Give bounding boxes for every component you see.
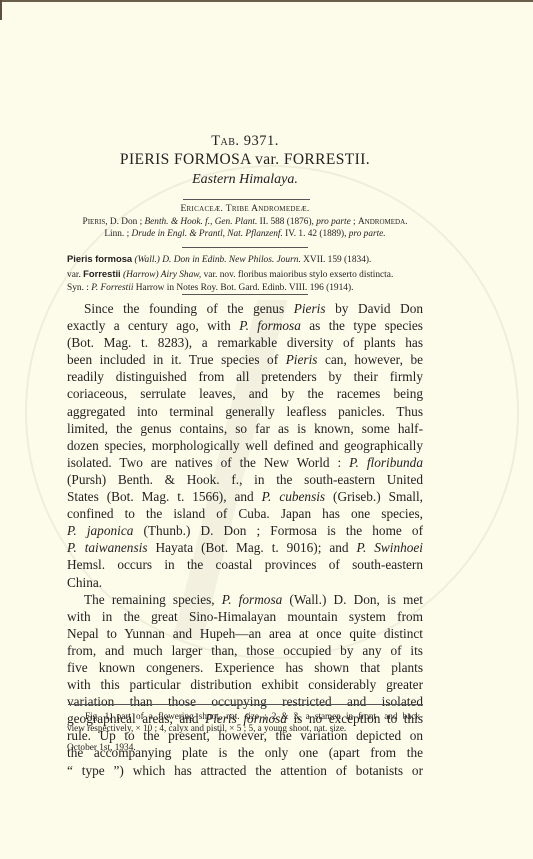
reference: XVII. 159 (1834).: [301, 255, 372, 265]
citation-italic: Drude in Engl. & Prantl, Nat. Pflanzenf.: [132, 229, 283, 239]
italic-term: P. floribunda: [349, 455, 423, 470]
italic-term: Pieris: [286, 352, 318, 367]
tab-number: 9371.: [244, 133, 279, 149]
text: Syn. :: [67, 283, 91, 293]
species-title: PIERIS FORMOSA var. FORRESTII.: [67, 151, 423, 169]
variety-name: Forrestii: [83, 268, 121, 279]
species-name: Pieris formosa: [67, 253, 132, 264]
body-line: dozen species, morphologically well defi…: [67, 437, 423, 454]
region-subtitle: Eastern Himalaya.: [67, 172, 423, 188]
body-line: States (Bot. Mag. t. 1566), and P. cuben…: [67, 488, 423, 505]
italic-term: P. taiwanensis: [67, 540, 148, 555]
divider-rule: [182, 247, 308, 248]
divider-rule: [182, 294, 308, 295]
body-line: The remaining species, P. formosa (Wall.…: [67, 591, 423, 608]
body-line: confined to the island of Cuba. Japan ha…: [67, 505, 423, 522]
italic-term: P. cubensis: [262, 489, 325, 504]
body-line: five known congeners. Experience has sho…: [67, 659, 423, 676]
body-line: (Pursh) Benth. & Hook. f., in the south-…: [67, 471, 423, 488]
authority: (Harrow) Airy Shaw,: [121, 270, 202, 280]
text: var.: [67, 270, 83, 280]
text: ;: [351, 217, 358, 227]
body-line: isolated. Two are natives of the New Wor…: [67, 454, 423, 471]
authority: (Wall.) D. Don in Edinb. New Philos. Jou…: [132, 255, 301, 265]
synonymy-line-2: var. Forrestii (Harrow) Airy Shaw, var. …: [67, 267, 423, 282]
italic-term: P. formosa: [239, 318, 301, 333]
divider-rule: [183, 199, 310, 200]
body-line: exactly a century ago, with P. formosa a…: [67, 317, 423, 334]
body-line: with this particular distribution exhibi…: [67, 676, 423, 693]
tab-label: Tab.: [211, 133, 239, 149]
body-line: China.: [67, 574, 423, 591]
page-top-edge: [0, 0, 533, 2]
body-line: Hemsl. occurs in the coastal provinces o…: [67, 556, 423, 573]
family-tribe-line: Ericaceæ. Tribe Andromedeæ.: [67, 204, 423, 214]
body-line: aggregated into terminal generally leafl…: [67, 403, 423, 420]
genus-name: Andromeda.: [358, 217, 407, 227]
citation-italic: pro parte.: [349, 229, 386, 239]
italic-term: Pieris: [294, 301, 326, 316]
caption-line: Fig. 1, part of a flowering shoot, nat. …: [67, 711, 423, 723]
italic-term: P. formosa: [222, 592, 282, 607]
document-page: Tab. 9371. PIERIS FORMOSA var. FORRESTII…: [0, 0, 533, 859]
citation-italic: Benth. & Hook. f., Gen. Plant.: [144, 217, 257, 227]
synonymy-block: Pieris formosa (Wall.) D. Don in Edinb. …: [67, 252, 423, 295]
body-line: Since the founding of the genus Pieris b…: [67, 300, 423, 317]
publication-date: October 1st, 1934.: [67, 743, 423, 753]
citation-italic: pro parte: [316, 217, 351, 227]
synonym-name: P. Forrestii: [91, 283, 133, 293]
italic-term: P. Swinhoei: [357, 540, 423, 555]
body-line: from, and much larger than, those occupi…: [67, 642, 423, 659]
caption-line: view respectively, × 10 ; 4, calyx and p…: [67, 723, 423, 735]
body-line: Nepal to Yunnan and Hupeh—an area at onc…: [67, 625, 423, 642]
body-line: P. taiwanensis Hayata (Bot. Mag. t. 9016…: [67, 539, 423, 556]
text: , D. Don ;: [105, 217, 144, 227]
genus-citation-line-2: Linn. ; Drude in Engl. & Prantl, Nat. Pf…: [67, 228, 423, 240]
plate-number: Tab. 9371.: [67, 133, 423, 150]
body-text: Since the founding of the genus Pieris b…: [67, 300, 423, 779]
body-line: coriaceous, serrulate leaves, and by the…: [67, 385, 423, 402]
synonymy-line-1: Pieris formosa (Wall.) D. Don in Edinb. …: [67, 252, 423, 267]
body-line: limited, the genus contains, so far as i…: [67, 420, 423, 437]
italic-term: P. japonica: [67, 523, 133, 538]
genus-citation: Pieris, D. Don ; Benth. & Hook. f., Gen.…: [67, 216, 423, 240]
genus-citation-line-1: Pieris, D. Don ; Benth. & Hook. f., Gen.…: [67, 216, 423, 228]
body-line: variation than those occupying restricte…: [67, 693, 423, 710]
reference: Harrow in Notes Roy. Bot. Gard. Edinb. V…: [133, 283, 353, 293]
footnote-rule: [68, 704, 423, 705]
body-line: readily distinguished from all pretender…: [67, 368, 423, 385]
diagnosis: var. nov. floribus maioribus stylo exser…: [201, 270, 393, 280]
body-line: “ type ”) which has attracted the attent…: [67, 762, 423, 779]
text: IV. 1. 42 (1889),: [283, 229, 349, 239]
text: Linn. ;: [104, 229, 131, 239]
body-line: been included in it. True species of Pie…: [67, 351, 423, 368]
text: II. 588 (1876),: [257, 217, 316, 227]
body-line: P. japonica (Thunb.) D. Don ; Formosa is…: [67, 522, 423, 539]
genus-name: Pieris: [83, 217, 106, 227]
figure-caption: Fig. 1, part of a flowering shoot, nat. …: [67, 711, 423, 734]
body-line: with in the great Sino-Himalayan mountai…: [67, 608, 423, 625]
body-line: (Bot. Mag. t. 8283), a remarkable divers…: [67, 334, 423, 351]
page-corner-shadow: [0, 0, 2, 20]
